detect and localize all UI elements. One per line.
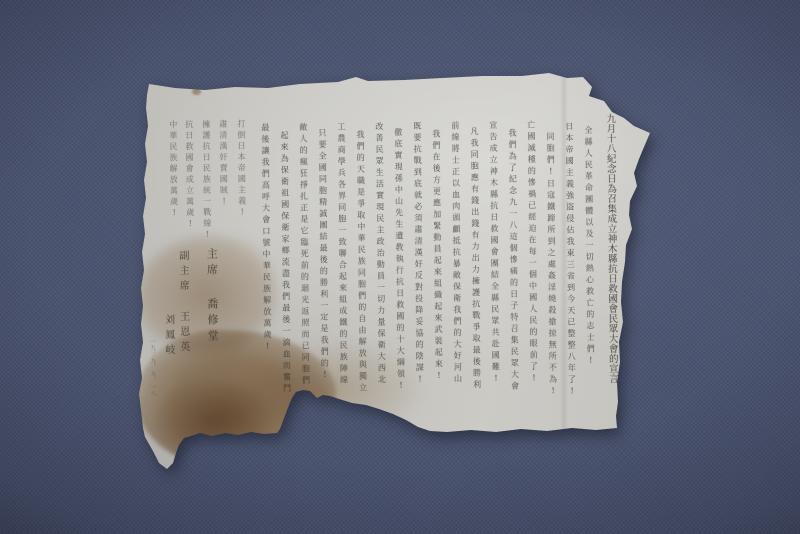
manuscript-column: 我們在後方更應加緊動員起來組織起來武裝起來! — [431, 129, 442, 383]
signature-column: 主席 喬修堂 — [205, 248, 218, 346]
manuscript-column: 中華民族解放萬歲! — [168, 120, 178, 220]
manuscript-column: 我們的天職是爭取中華民族同胞們的自由解放與獨立 — [355, 130, 367, 395]
manuscript-column: 抗日救國會成立萬歲! — [184, 120, 194, 231]
signature-column: 副主席 王恩英 — [177, 250, 189, 356]
manuscript-column: 徹底實現孫中山先生遺教執行抗日救國的十大綱領! — [393, 128, 405, 394]
signature-column: 刘鳳岐 — [163, 314, 174, 359]
manuscript-column: 凡我同胞應有錢出錢有力出力擁護抗戰爭取最後勝利 — [469, 127, 481, 392]
manuscript-column: 全縣人民革命團體以及一切熱心救亡的志士們! — [583, 126, 594, 369]
manuscript-column: 亡國滅種的慘禍已經迫在每一個中國人民的眼前了! — [526, 120, 538, 386]
manuscript-column: 我們為了紀念九一八這個慘痛的日子特召集民眾大會 — [507, 129, 519, 394]
manuscript-column: 工農商學兵各界同胞一致聯合起來組成鐵的民族陣線 — [336, 122, 348, 387]
manuscript-column: 宣告成立神木縣抗日救國會團結全縣民眾共赴國難! — [488, 121, 500, 387]
manuscript-column: 改善民眾生活實現民主政治動員一切力量保衛大西北 — [374, 122, 386, 387]
title-column: 九月十八紀念日為召集成立神木縣抗日救國會民眾大會的宣言 — [604, 114, 617, 384]
manuscript-text-columns: 九月十八紀念日為召集成立神木縣抗日救國會民眾大會的宣言全縣人民革命團體以及一切熱… — [0, 0, 800, 534]
manuscript-column: 敵人的瘋狂掙扎正是它臨死前的迴光返照而已同胞們 — [298, 123, 310, 388]
manuscript-column: 日本帝國主義強盜侵佔我東三省到今天已整整八年了! — [564, 122, 576, 399]
manuscript-column: 只要全國同胞精誠團結最後的勝利一定是我們的! — [317, 129, 328, 383]
paper-shadow: 九月十八紀念日為召集成立神木縣抗日救國會民眾大會的宣言全縣人民革命團體以及一切熱… — [0, 0, 800, 534]
manuscript-column: 最後讓我們高呼大會口號中華民族解放萬歲! — [260, 123, 271, 354]
manuscript-column: 前線將士正以血肉頭顱抵抗暴敵保衛我們的大好河山 — [450, 121, 462, 386]
manuscript-column: 肅清漢奸賣國賊! — [218, 120, 228, 209]
manuscript-column: 打倒日本帝國主義! — [236, 119, 246, 219]
photo-scene: 九月十八紀念日為召集成立神木縣抗日救國會民眾大會的宣言全縣人民革命團體以及一切熱… — [0, 0, 800, 534]
date-column: 一九三九、九、一八 — [149, 338, 156, 397]
manuscript-column: 起來為保衛祖國保衛家鄉流盡我們最後一滴血而奮鬥 — [279, 131, 291, 396]
manuscript-column: 擁護抗日民族統一戰線! — [201, 120, 211, 242]
manuscript-column: 同胞們!日寇鐵蹄所到之處姦淫燒殺搶掠無所不為! — [545, 132, 557, 399]
manuscript-column: 既要抗戰到底就必須肅清漢奸反對投降妥協的陰謀! — [412, 122, 424, 388]
manuscript-paper: 九月十八紀念日為召集成立神木縣抗日救國會民眾大會的宣言全縣人民革命團體以及一切熱… — [0, 0, 800, 534]
